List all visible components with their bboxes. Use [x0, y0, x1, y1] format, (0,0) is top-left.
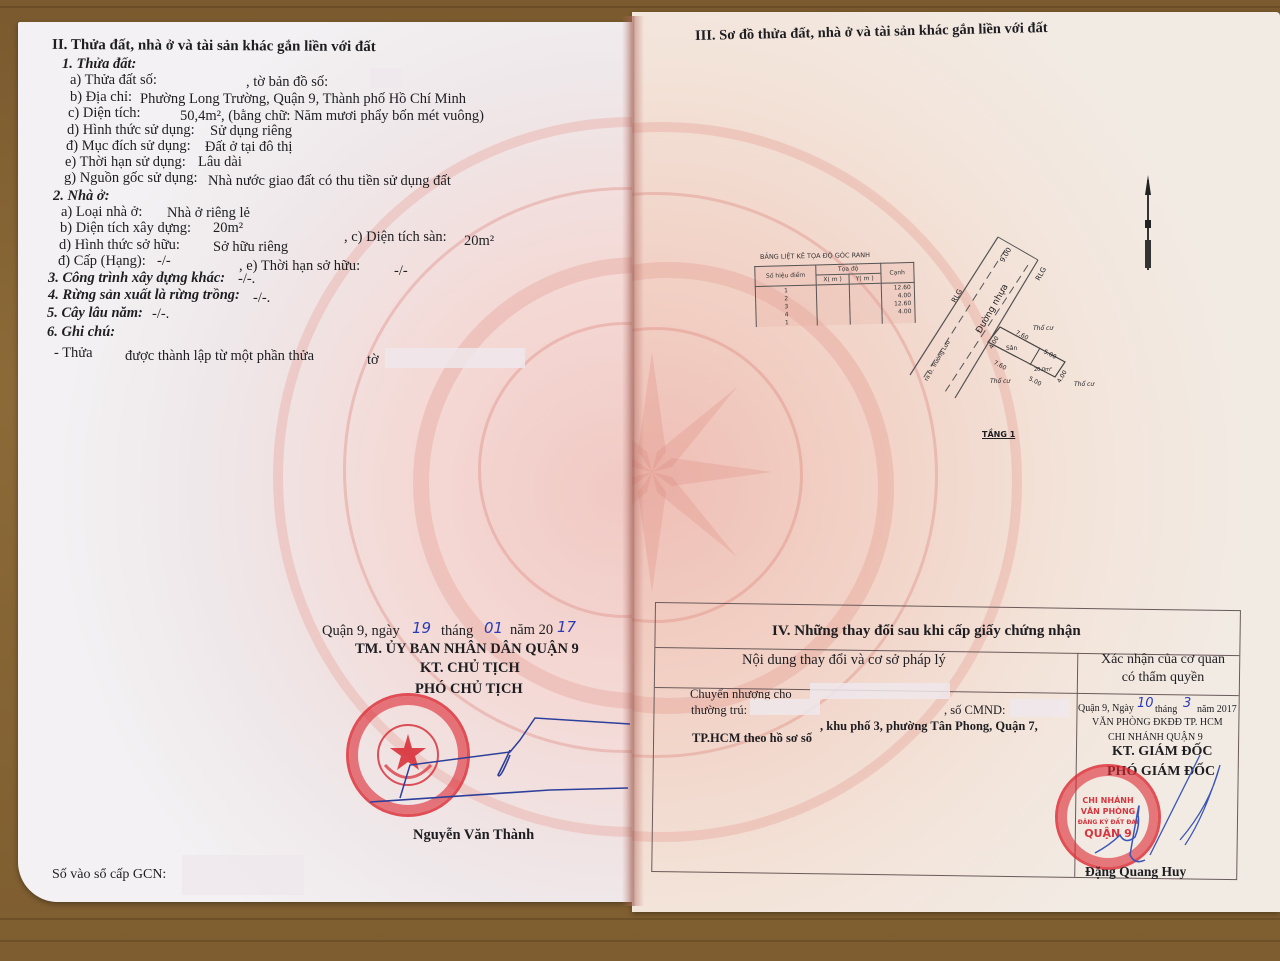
authority-line-1: TM. ỦY BAN NHÂN DÂN QUẬN 9 — [355, 640, 579, 658]
issue-date-prefix: Quận 9, ngày — [322, 622, 400, 640]
confirm-month: 3 — [1183, 695, 1191, 713]
note-line-a: - Thửa — [54, 344, 93, 362]
redacted-residence — [750, 699, 820, 715]
perennial-value: -/-. — [152, 305, 169, 323]
built-area-label: b) Diện tích xây dựng: — [60, 219, 191, 237]
coord-point: 1 — [756, 317, 817, 327]
floor-caption: TẦNG 1 — [982, 426, 1015, 444]
origin-value: Nhà nước giao đất có thu tiền sử dụng đấ… — [208, 172, 451, 190]
floor-area-value: 20m² — [464, 232, 494, 250]
forest-value: -/-. — [253, 289, 270, 307]
neighbor-label-right: Thổ cư — [1074, 376, 1094, 394]
north-arrow-icon — [1145, 175, 1151, 270]
section-ii-title: II. Thửa đất, nhà ở và tài sản khác gắn … — [52, 36, 376, 56]
neighbor-label-top: Thổ cư — [1033, 320, 1053, 338]
ownership-term-label: , e) Thời hạn sở hữu: — [239, 257, 360, 275]
wood-grain — [0, 6, 1280, 8]
neighbor-label-left: Thổ cư — [990, 373, 1010, 391]
coord-table: Số hiệu điểm Tọa độ Cạnh X( m ) Y( m ) 1… — [754, 262, 916, 327]
signer-right-name: Đặng Quang Huy — [1085, 863, 1186, 881]
ownership-term-value: -/- — [394, 262, 408, 280]
changes-col2-header: Xác nhận của cơ quan có thẩm quyền — [1093, 651, 1233, 687]
ownership-value: Sở hữu riêng — [213, 238, 288, 256]
drum-star-icon — [632, 342, 782, 602]
signature-right — [1090, 745, 1230, 875]
map-sheet-label: , tờ bản đồ số: — [246, 73, 328, 91]
signer-left-name: Nguyễn Văn Thành — [413, 826, 534, 844]
redacted-note — [385, 348, 525, 368]
other-construction-value: -/-. — [238, 270, 255, 288]
change-content-line2a: thường trú: — [691, 701, 747, 719]
coord-table-body: 112.6024.00312.6044.001 — [755, 282, 915, 327]
change-content-line4: TP.HCM theo hồ sơ số — [692, 729, 812, 747]
wood-grain — [0, 918, 1280, 920]
authority-line-2: KT. CHỦ TỊCH — [420, 659, 520, 677]
redacted-map-sheet — [370, 68, 402, 88]
registry-label: Số vào sổ cấp GCN: — [52, 866, 166, 884]
other-construction-label: 3. Công trình xây dựng khác: — [48, 269, 225, 287]
note-line-c: tờ — [367, 351, 379, 369]
change-content-line3: , khu phố 3, phường Tân Phong, Quận 7, — [820, 717, 1038, 735]
forest-label: 4. Rừng sản xuất là rừng trồng: — [48, 286, 240, 304]
redacted-registry-number — [182, 855, 304, 895]
coord-value-redacted — [817, 317, 850, 326]
changes-title: IV. Những thay đổi sau khi cấp giấy chứn… — [772, 622, 1081, 640]
authority-line-3: PHÓ CHỦ TỊCH — [415, 680, 523, 698]
term-value: Lâu dài — [198, 153, 242, 171]
changes-col1-header: Nội dung thay đổi và cơ sở pháp lý — [742, 651, 946, 669]
coord-value-redacted — [850, 316, 882, 325]
confirm-day: 10 — [1137, 695, 1154, 713]
issue-day: 19 — [412, 619, 431, 637]
redacted-transferee — [810, 683, 950, 699]
grade-label: đ) Cấp (Hạng): — [58, 252, 146, 270]
site-plan-diagram — [900, 170, 1160, 450]
issue-month-label: tháng — [441, 622, 473, 640]
issue-year-label: năm 20 — [510, 621, 553, 639]
notes-heading: 6. Ghi chú: — [47, 323, 115, 341]
issue-month: 01 — [484, 619, 503, 637]
issue-year-hand: 17 — [557, 618, 576, 636]
address-value: Phường Long Trường, Quận 9, Thành phố Hồ… — [140, 90, 466, 108]
note-line-b: được thành lập từ một phần thửa — [125, 347, 314, 365]
redacted-id-number — [1010, 699, 1070, 717]
origin-label: g) Nguồn gốc sử dụng: — [64, 169, 198, 187]
built-area-value: 20m² — [213, 219, 243, 237]
coord-header-point: Số hiệu điểm — [755, 265, 817, 287]
grade-value: -/- — [157, 252, 171, 270]
area-label: c) Diện tích: — [68, 104, 140, 122]
wood-grain — [0, 940, 1280, 942]
floor-area-label: , c) Diện tích sàn: — [344, 228, 447, 246]
perennial-label: 5. Cây lâu năm: — [47, 304, 143, 322]
parcel-number-label: a) Thửa đất số: — [70, 71, 157, 89]
signature-left — [360, 710, 640, 820]
